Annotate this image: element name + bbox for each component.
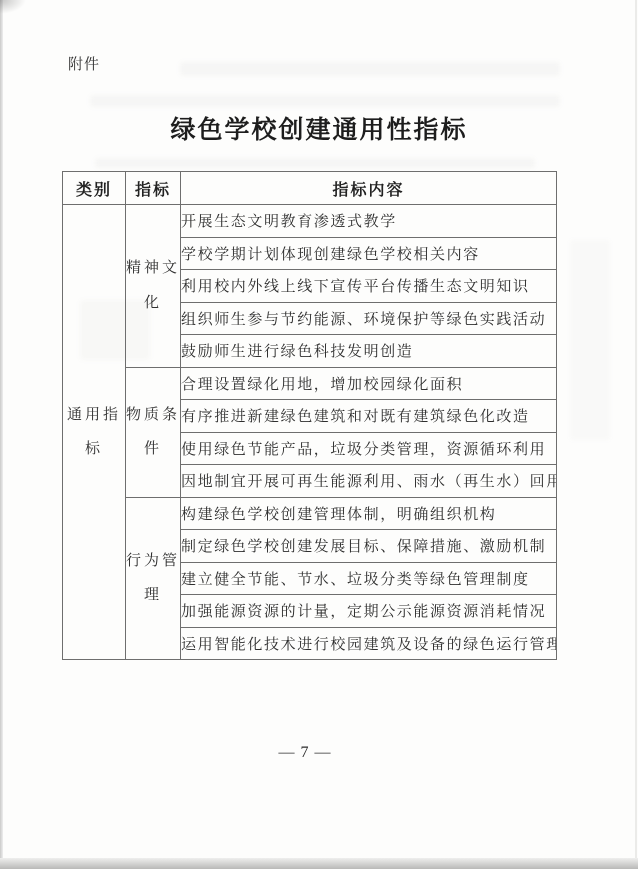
scan-edge-left (0, 0, 3, 869)
group-cell-spiritual-culture: 精神文化 (126, 205, 181, 368)
group-cell-material-conditions: 物质条件 (126, 367, 181, 497)
table-row: 通用指标 精神文化 开展生态文明教育渗透式教学 (63, 205, 557, 238)
indicator-item: 制定绿色学校创建发展目标、保障措施、激励机制 (181, 530, 557, 563)
scanned-page: 附件 绿色学校创建通用性指标 类别 指标 指标内容 通用指标 精神文化 开展生态… (0, 0, 638, 869)
indicator-item: 开展生态文明教育渗透式教学 (181, 205, 557, 238)
col-header-indicator: 指标 (126, 172, 181, 205)
indicator-table: 类别 指标 指标内容 通用指标 精神文化 开展生态文明教育渗透式教学 学校学期计… (62, 171, 557, 660)
indicator-item: 合理设置绿化用地，增加校园绿化面积 (181, 367, 557, 400)
indicator-item: 加强能源资源的计量，定期公示能源资源消耗情况 (181, 595, 557, 628)
col-header-category: 类别 (63, 172, 126, 205)
indicator-item: 构建绿色学校创建管理体制，明确组织机构 (181, 497, 557, 530)
indicator-item: 运用智能化技术进行校园建筑及设备的绿色运行管理 (181, 627, 557, 660)
indicator-item: 学校学期计划体现创建绿色学校相关内容 (181, 237, 557, 270)
indicator-item: 组织师生参与节约能源、环境保护等绿色实践活动 (181, 302, 557, 335)
page-title: 绿色学校创建通用性指标 (0, 110, 638, 146)
page-number: — 7 — (0, 744, 610, 762)
col-header-indicator-content: 指标内容 (181, 172, 557, 205)
scan-edge-right (635, 0, 637, 869)
scan-artifact (95, 158, 535, 168)
scan-artifact (180, 62, 560, 76)
indicator-item: 因地制宜开展可再生能源利用、雨水（再生水）回用 (181, 465, 557, 498)
attachment-label: 附件 (68, 53, 100, 74)
indicator-item: 使用绿色节能产品，垃圾分类管理，资源循环利用 (181, 432, 557, 465)
table-row: 物质条件 合理设置绿化用地，增加校园绿化面积 (63, 367, 557, 400)
scan-artifact (570, 240, 610, 440)
indicator-item: 有序推进新建绿色建筑和对既有建筑绿色化改造 (181, 400, 557, 433)
indicator-item: 利用校内外线上线下宣传平台传播生态文明知识 (181, 270, 557, 303)
category-cell-general-indicators: 通用指标 (63, 205, 126, 660)
indicator-item: 鼓励师生进行绿色科技发明创造 (181, 335, 557, 368)
indicator-item: 建立健全节能、节水、垃圾分类等绿色管理制度 (181, 562, 557, 595)
scan-edge-bottom (0, 858, 638, 869)
table-header-row: 类别 指标 指标内容 (63, 172, 557, 205)
group-cell-behavior-management: 行为管理 (126, 497, 181, 660)
table-row: 行为管理 构建绿色学校创建管理体制，明确组织机构 (63, 497, 557, 530)
scan-artifact (90, 95, 560, 107)
scan-corner-smudge (0, 0, 26, 14)
